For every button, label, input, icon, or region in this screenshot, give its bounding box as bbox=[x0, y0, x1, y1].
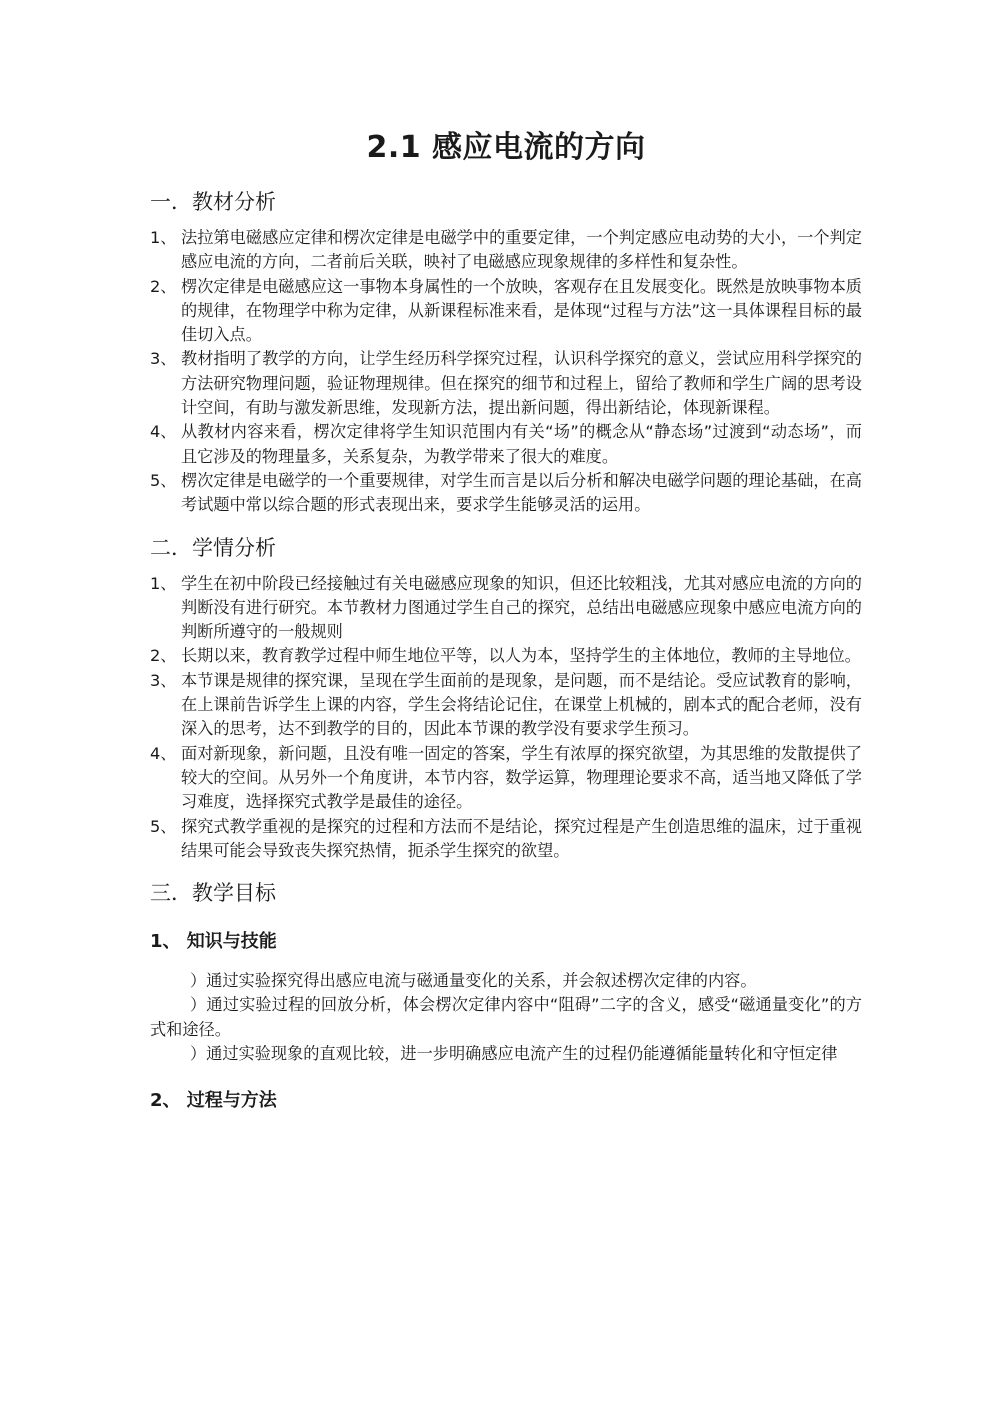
subsection-heading-knowledge-skills: 1、 知识与技能 bbox=[150, 929, 862, 955]
item-number: 1、 bbox=[150, 226, 177, 250]
objective-paragraph: ）通过实验过程的回放分析，体会楞次定律内容中“阻碍”二字的含义，感受“磁通量变化… bbox=[150, 993, 862, 1042]
document-title: 2.1 感应电流的方向 bbox=[150, 128, 862, 168]
item-number: 5、 bbox=[150, 815, 177, 839]
item-number: 3、 bbox=[150, 347, 177, 371]
item-text: 楞次定律是电磁感应这一事物本身属性的一个放映，客观存在且发展变化。既然是放映事物… bbox=[181, 277, 862, 345]
list-item: 4、面对新现象，新问题，且没有唯一固定的答案，学生有浓厚的探究欲望，为其思维的发… bbox=[150, 742, 862, 815]
list-item: 2、长期以来，教育教学过程中师生地位平等，以人为本，坚持学生的主体地位，教师的主… bbox=[150, 644, 862, 668]
item-text: 楞次定律是电磁学的一个重要规律，对学生而言是以后分析和解决电磁学问题的理论基础，… bbox=[181, 471, 862, 514]
objective-paragraph: ）通过实验探究得出感应电流与磁通量变化的关系，并会叙述楞次定律的内容。 bbox=[150, 969, 862, 993]
list-item: 5、楞次定律是电磁学的一个重要规律，对学生而言是以后分析和解决电磁学问题的理论基… bbox=[150, 469, 862, 518]
item-number: 1、 bbox=[150, 572, 177, 596]
list-item: 3、本节课是规律的探究课，呈现在学生面前的是现象，是问题，而不是结论。受应试教育… bbox=[150, 669, 862, 742]
item-number: 4、 bbox=[150, 420, 177, 444]
section-heading-teaching-objectives: 三．教学目标 bbox=[150, 879, 862, 907]
item-number: 4、 bbox=[150, 742, 177, 766]
item-text: 教材指明了教学的方向，让学生经历科学探究过程，认识科学探究的意义，尝试应用科学探… bbox=[181, 349, 862, 417]
objective-paragraph: ）通过实验现象的直观比较，进一步明确感应电流产生的过程仍能遵循能量转化和守恒定律 bbox=[150, 1042, 862, 1066]
list-item: 1、法拉第电磁感应定律和楞次定律是电磁学中的重要定律，一个判定感应电动势的大小，… bbox=[150, 226, 862, 275]
list-item: 5、探究式教学重视的是探究的过程和方法而不是结论，探究过程是产生创造思维的温床，… bbox=[150, 815, 862, 864]
item-text: 法拉第电磁感应定律和楞次定律是电磁学中的重要定律，一个判定感应电动势的大小，一个… bbox=[181, 228, 862, 271]
list-item: 2、楞次定律是电磁感应这一事物本身属性的一个放映，客观存在且发展变化。既然是放映… bbox=[150, 275, 862, 348]
textbook-analysis-list: 1、法拉第电磁感应定律和楞次定律是电磁学中的重要定律，一个判定感应电动势的大小，… bbox=[150, 226, 862, 518]
item-number: 2、 bbox=[150, 644, 177, 668]
subsection-heading-process-methods: 2、 过程与方法 bbox=[150, 1088, 862, 1114]
section-heading-student-analysis: 二．学情分析 bbox=[150, 534, 862, 562]
document-page: 2.1 感应电流的方向 一．教材分析 1、法拉第电磁感应定律和楞次定律是电磁学中… bbox=[150, 128, 862, 1128]
item-text: 面对新现象，新问题，且没有唯一固定的答案，学生有浓厚的探究欲望，为其思维的发散提… bbox=[181, 744, 862, 812]
item-number: 5、 bbox=[150, 469, 177, 493]
list-item: 1、学生在初中阶段已经接触过有关电磁感应现象的知识，但还比较粗浅，尤其对感应电流… bbox=[150, 572, 862, 645]
item-text: 学生在初中阶段已经接触过有关电磁感应现象的知识，但还比较粗浅，尤其对感应电流的方… bbox=[181, 574, 862, 642]
item-text: 长期以来，教育教学过程中师生地位平等，以人为本，坚持学生的主体地位，教师的主导地… bbox=[181, 646, 861, 665]
item-number: 2、 bbox=[150, 275, 177, 299]
item-text: 本节课是规律的探究课，呈现在学生面前的是现象，是问题，而不是结论。受应试教育的影… bbox=[181, 671, 862, 739]
list-item: 3、教材指明了教学的方向，让学生经历科学探究过程，认识科学探究的意义，尝试应用科… bbox=[150, 347, 862, 420]
section-heading-textbook-analysis: 一．教材分析 bbox=[150, 188, 862, 216]
item-number: 3、 bbox=[150, 669, 177, 693]
item-text: 探究式教学重视的是探究的过程和方法而不是结论，探究过程是产生创造思维的温床，过于… bbox=[181, 817, 862, 860]
item-text: 从教材内容来看，楞次定律将学生知识范围内有关“场”的概念从“静态场”过渡到“动态… bbox=[181, 422, 862, 465]
list-item: 4、从教材内容来看，楞次定律将学生知识范围内有关“场”的概念从“静态场”过渡到“… bbox=[150, 420, 862, 469]
student-analysis-list: 1、学生在初中阶段已经接触过有关电磁感应现象的知识，但还比较粗浅，尤其对感应电流… bbox=[150, 572, 862, 864]
